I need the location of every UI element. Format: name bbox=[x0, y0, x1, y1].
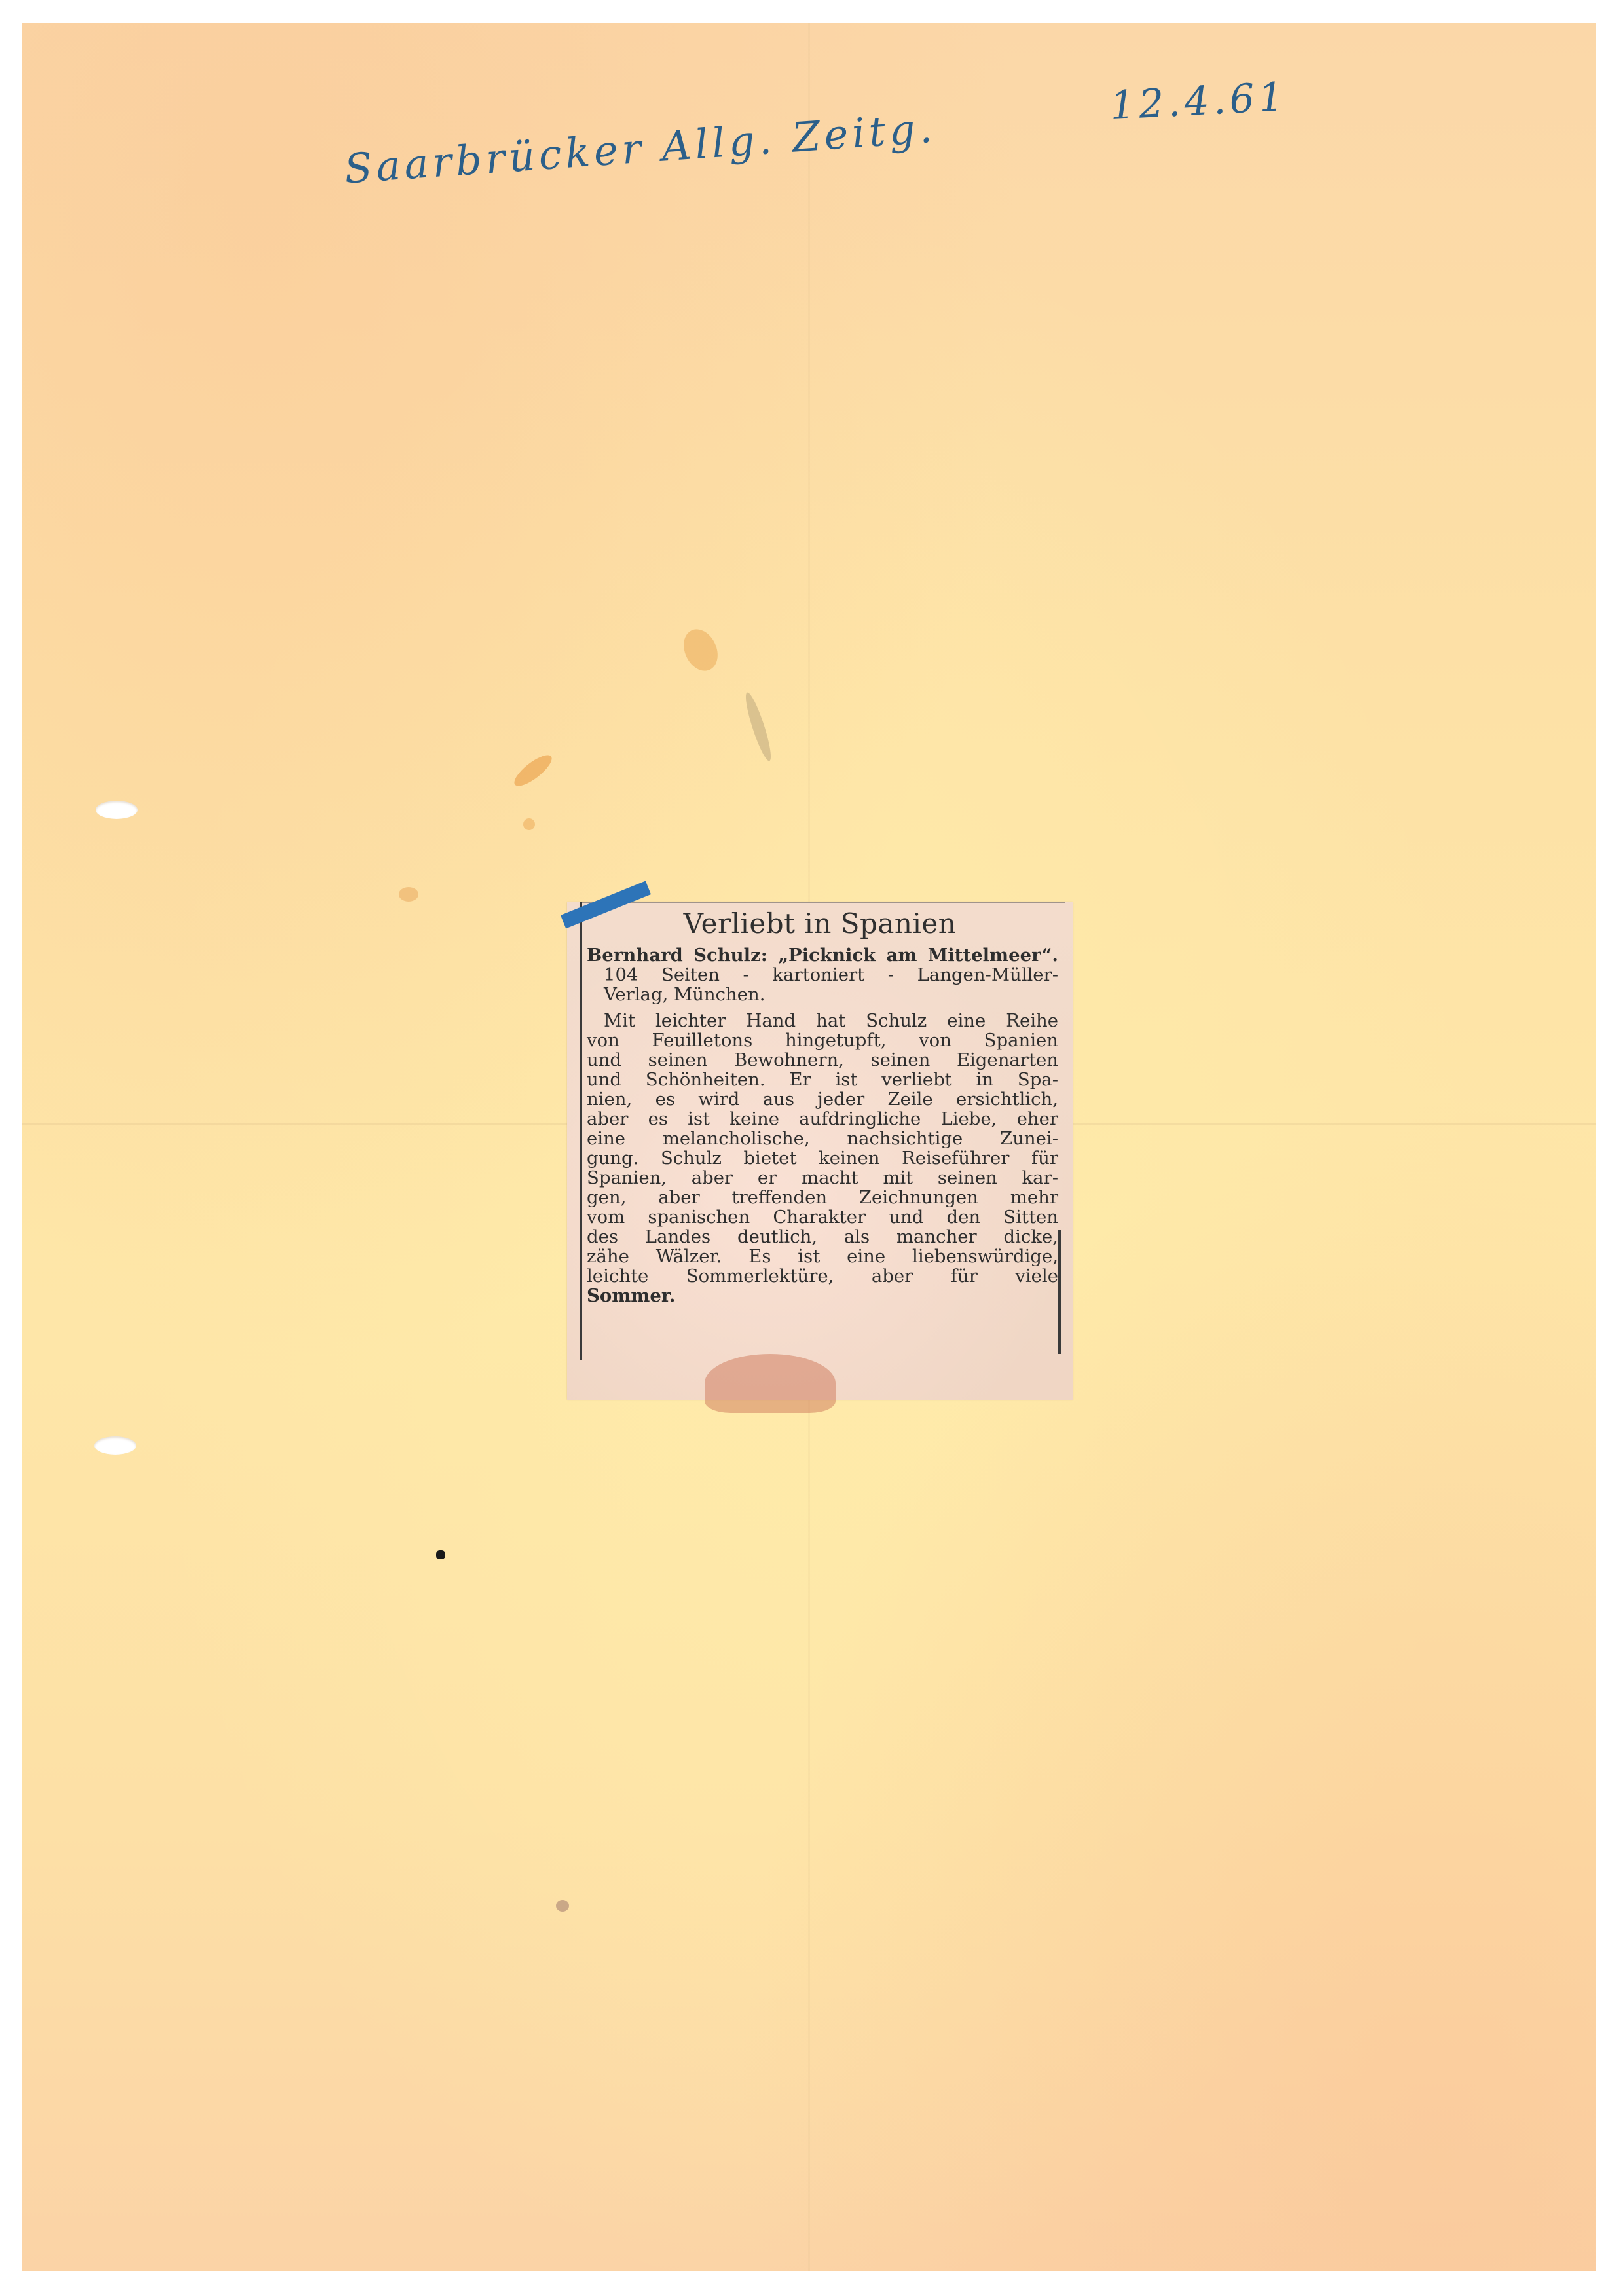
handwritten-source: Saarbrücker Allg. Zeitg. bbox=[343, 104, 938, 193]
newspaper-clipping: Verliebt in Spanien Bernhard Schulz: „Pi… bbox=[567, 902, 1073, 1400]
body-line: des Landes deutlich, als mancher dicke, bbox=[587, 1227, 1058, 1247]
body-line: nien, es wird aus jeder Zeile ersichtlic… bbox=[587, 1089, 1058, 1109]
body-line: aber es ist keine aufdringliche Liebe, e… bbox=[587, 1109, 1058, 1129]
body-line: Mit leichter Hand hat Schulz eine Reihe bbox=[587, 1011, 1058, 1030]
clipping-body: Bernhard Schulz: „Picknick am Mittelmeer… bbox=[587, 945, 1058, 1305]
body-line: leichte Sommerlektüre, aber für viele bbox=[587, 1266, 1058, 1286]
stain bbox=[556, 1900, 569, 1912]
body-line: eine melancholische, nachsichtige Zunei- bbox=[587, 1129, 1058, 1148]
stain bbox=[677, 624, 724, 676]
punch-hole-icon bbox=[94, 1436, 136, 1455]
body-line: Sommer. bbox=[587, 1286, 1058, 1305]
stain bbox=[510, 750, 556, 791]
handwritten-annotation: Saarbrücker Allg. Zeitg. 12.4.61 bbox=[331, 79, 1378, 210]
stain bbox=[523, 818, 535, 830]
stain bbox=[741, 691, 775, 763]
column-rule-left bbox=[580, 902, 582, 1360]
book-author-title: Bernhard Schulz: „Picknick am Mittelmeer… bbox=[587, 945, 1058, 965]
body-line: gen, aber treffenden Zeichnungen mehr bbox=[587, 1188, 1058, 1207]
clipping-stain bbox=[705, 1354, 836, 1413]
body-line: und Schönheiten. Er ist verliebt in Spa- bbox=[587, 1070, 1058, 1089]
book-details-line: 104 Seiten - kartoniert - Langen-Müller- bbox=[587, 965, 1058, 985]
body-line: gung. Schulz bietet keinen Reiseführer f… bbox=[587, 1148, 1058, 1168]
column-rule-top bbox=[580, 902, 1065, 903]
column-rule-right bbox=[1058, 1230, 1061, 1354]
handwritten-date: 12.4.61 bbox=[1109, 74, 1288, 129]
stain bbox=[399, 887, 418, 902]
body-line: und seinen Bewohnern, seinen Eigenarten bbox=[587, 1050, 1058, 1070]
book-details-line: Verlag, München. bbox=[587, 985, 1058, 1004]
ink-blot bbox=[436, 1550, 445, 1559]
clipping-headline: Verliebt in Spanien bbox=[567, 907, 1073, 939]
body-line: zähe Wälzer. Es ist eine liebenswürdige, bbox=[587, 1247, 1058, 1266]
body-line: vom spanischen Charakter und den Sitten bbox=[587, 1207, 1058, 1227]
body-line: von Feuilletons hingetupft, von Spanien bbox=[587, 1030, 1058, 1050]
punch-hole-icon bbox=[96, 801, 138, 819]
body-line: Spanien, aber er macht mit seinen kar- bbox=[587, 1168, 1058, 1188]
